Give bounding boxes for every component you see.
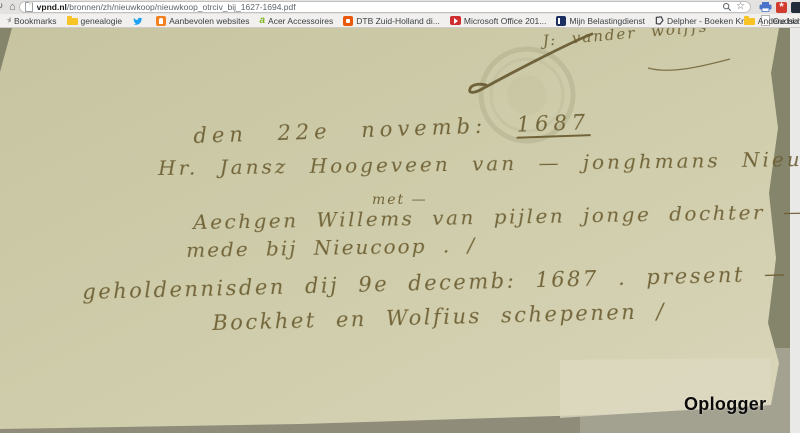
page-icon xyxy=(25,2,33,12)
bookmark-label: DTB Zuid-Holland di... xyxy=(356,16,440,26)
bookmark-label: genealogie xyxy=(81,16,123,26)
delpher-icon xyxy=(655,16,664,25)
folder-icon xyxy=(67,18,78,25)
dtb-icon xyxy=(343,16,353,26)
bookmark-label: Aanbevolen websites xyxy=(169,16,249,26)
bookmark-label: Acer Accessoires xyxy=(268,16,333,26)
oplogger-watermark: Oplogger xyxy=(684,394,766,415)
bookmark-label: Bookmarks xyxy=(14,16,57,26)
url-path: /bronnen/zh/nieuwkoop/nieuwkoop_otrciv_b… xyxy=(67,2,296,12)
office-icon xyxy=(450,16,461,25)
star-icon: ★ xyxy=(6,15,11,26)
bookmark-item-genealogie[interactable]: genealogie xyxy=(62,16,128,26)
bookmark-label: Microsoft Office 201... xyxy=(464,16,547,26)
window-edge-strip xyxy=(790,28,800,433)
folder-icon xyxy=(744,18,755,25)
pdf-document-view: J: vander wolffs den 22e novemb: 1687 Hr… xyxy=(0,28,800,433)
zoom-search-icon[interactable] xyxy=(722,2,732,12)
reload-icon[interactable]: ↻ xyxy=(0,0,7,14)
manuscript-line-bride2: mede bij Nieucoop . / xyxy=(186,233,476,262)
url-domain: vpnd.nl xyxy=(37,2,67,12)
bookmark-label: Mijn Belastingdienst xyxy=(569,16,645,26)
bookmark-item-acer[interactable]: a Acer Accessoires xyxy=(254,16,338,26)
bookmark-item-bookmarks[interactable]: ★ Bookmarks xyxy=(1,15,62,26)
other-bookmarks-label: Andere bla... xyxy=(758,16,800,26)
red-asterisk-extension-icon[interactable]: * xyxy=(776,2,787,13)
orange-bookmark-icon xyxy=(156,16,166,26)
bookmarks-bar: ★ Bookmarks genealogie Aanbevolen websit… xyxy=(0,14,800,28)
twitter-bird-icon xyxy=(132,16,143,26)
browser-toolbar: ↻ ⌂ vpnd.nl/bronnen/zh/nieuwkoop/nieuwko… xyxy=(0,0,800,14)
bookmark-item-office[interactable]: Microsoft Office 201... xyxy=(445,16,552,26)
bookmark-star-icon[interactable]: ☆ xyxy=(736,2,745,12)
manuscript-photo xyxy=(0,28,800,433)
clipped-extension-icon[interactable] xyxy=(791,2,800,13)
address-bar[interactable]: vpnd.nl/bronnen/zh/nieuwkoop/nieuwkoop_o… xyxy=(19,1,751,13)
url-text[interactable]: vpnd.nl/bronnen/zh/nieuwkoop/nieuwkoop_o… xyxy=(37,2,718,12)
printer-extension-icon[interactable] xyxy=(759,2,772,12)
bookmark-item-twitter[interactable] xyxy=(127,16,151,26)
date-year: 1687 xyxy=(516,110,590,139)
acer-icon: a xyxy=(259,16,265,26)
belastingdienst-icon xyxy=(556,16,566,26)
bookmark-item-aanbevolen[interactable]: Aanbevolen websites xyxy=(151,16,254,26)
home-icon[interactable]: ⌂ xyxy=(9,0,16,14)
bookmark-item-belastingdienst[interactable]: Mijn Belastingdienst xyxy=(551,16,650,26)
other-bookmarks-button[interactable]: Andere bla... xyxy=(740,14,800,27)
bookmark-label: Delpher - Boeken Kr... xyxy=(667,16,751,26)
bookmark-item-dtb[interactable]: DTB Zuid-Holland di... xyxy=(338,16,445,26)
